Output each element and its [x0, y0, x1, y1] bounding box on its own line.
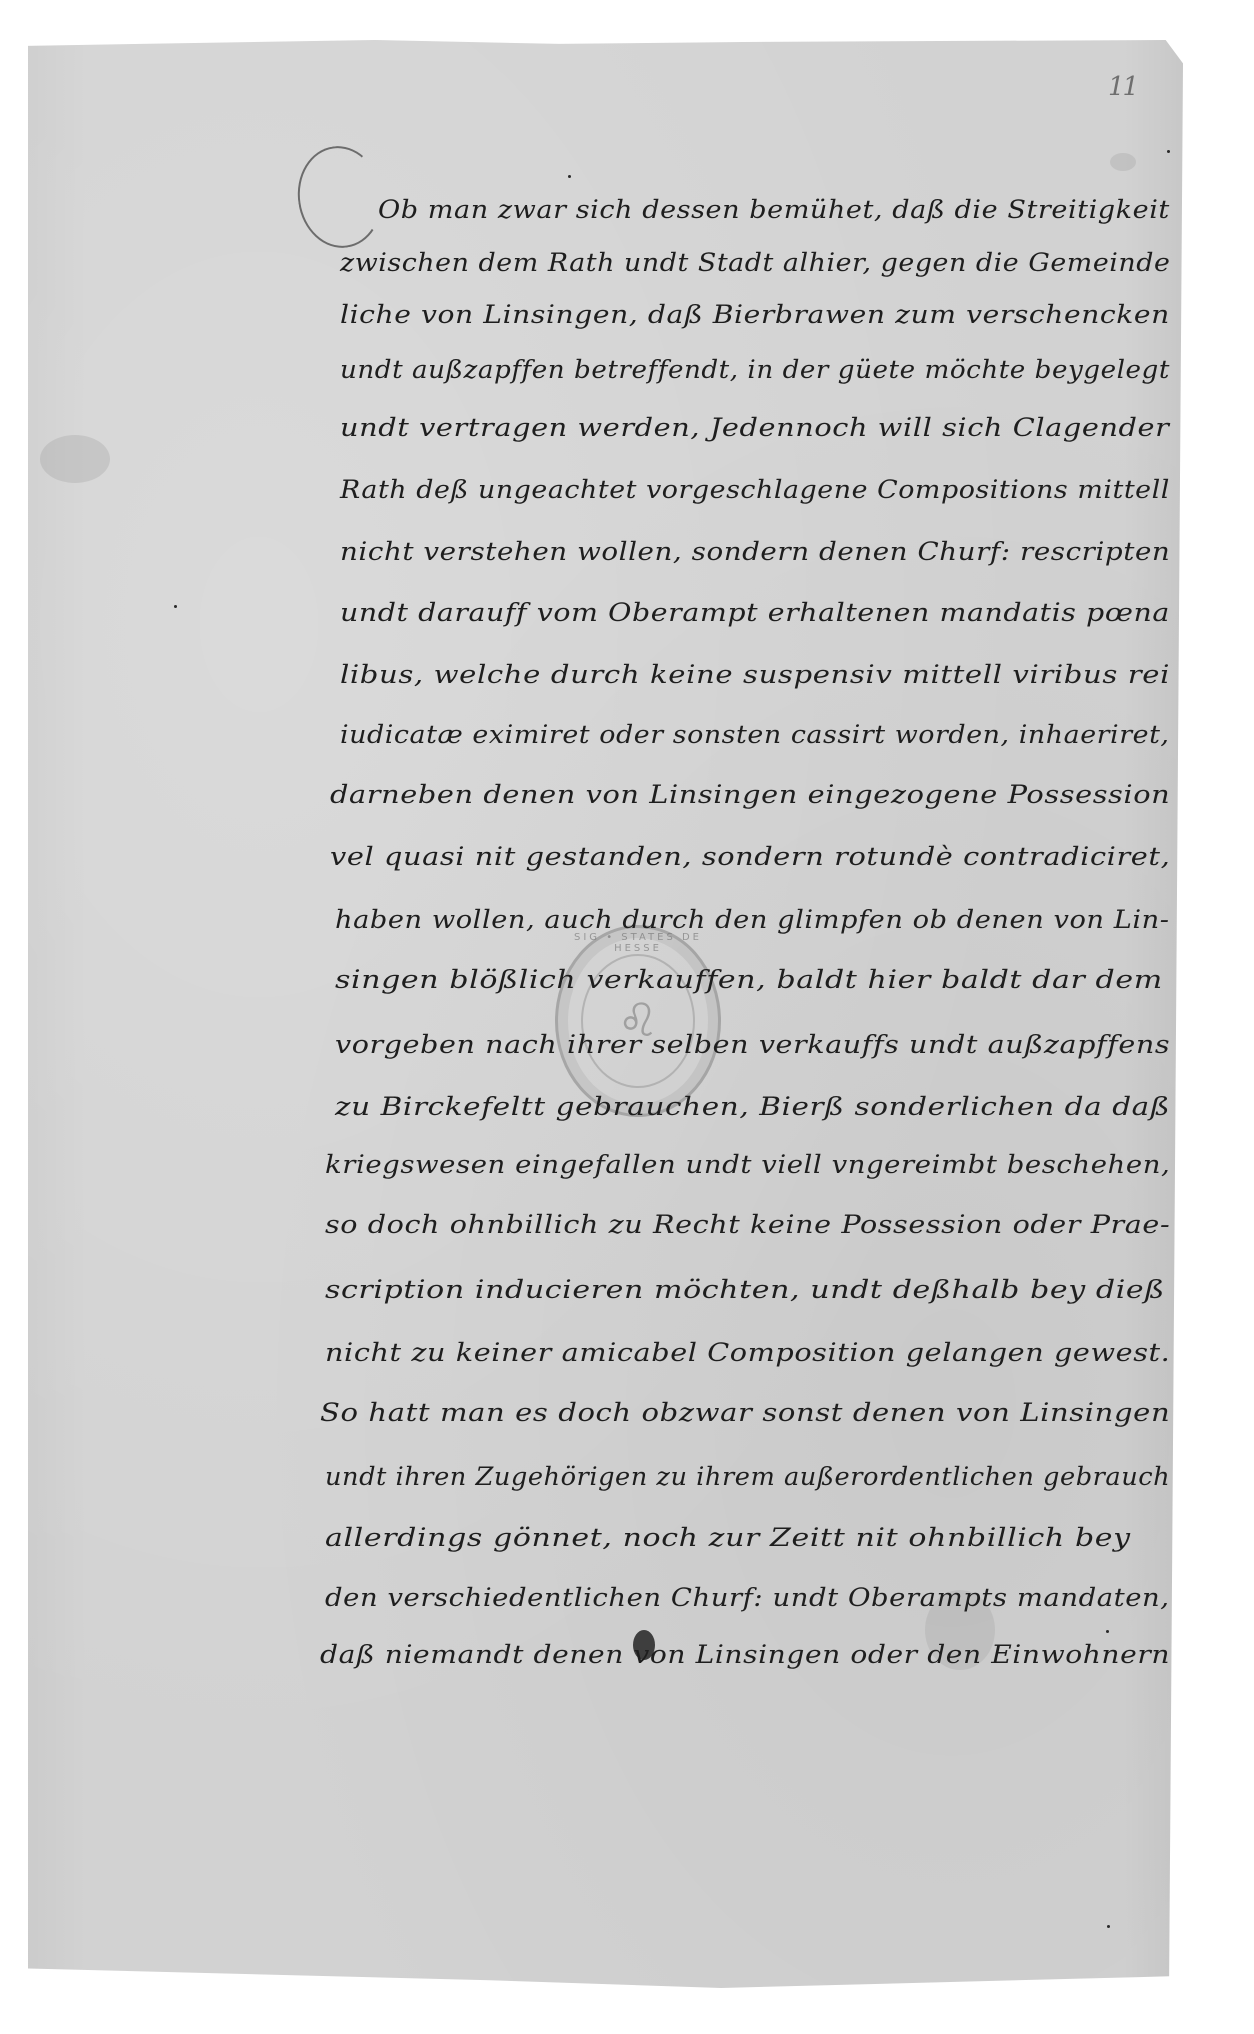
text-line: so doch ohnbillich zu Recht keine Posses… [325, 1210, 1170, 1239]
page-number: 11 [1108, 72, 1137, 102]
text-line: scription inducieren möchten, undt deßha… [325, 1275, 1165, 1304]
text-line: nicht verstehen wollen, sondern denen Ch… [340, 537, 1170, 566]
text-line: singen blößlich verkauffen, baldt hier b… [335, 965, 1163, 994]
text-line: vorgeben nach ihrer selben verkauffs und… [335, 1030, 1170, 1059]
ink-stain [40, 435, 110, 483]
text-line: undt ihren Zugehörigen zu ihrem außerord… [325, 1462, 1170, 1491]
smudge [1110, 153, 1136, 171]
text-line: undt darauff vom Oberampt erhaltenen man… [340, 598, 1170, 627]
text-line: Ob man zwar sich dessen bemühet, daß die… [378, 195, 1170, 224]
archive-seal-stamp: SIG • STATES DE HESSE ♌ [555, 925, 721, 1117]
text-line: undt außzapffen betreffendt, in der güet… [340, 355, 1170, 384]
speck [1167, 150, 1170, 153]
text-line: undt vertragen werden, Jedennoch will si… [340, 413, 1169, 442]
text-line: den verschiedentlichen Churf: undt Obera… [325, 1583, 1170, 1612]
text-line: liche von Linsingen, daß Bierbrawen zum … [340, 300, 1170, 329]
speck [568, 175, 571, 178]
speck [1106, 1630, 1109, 1633]
seal-legend: SIG • STATES DE HESSE [558, 932, 718, 954]
text-line: zu Birckefeltt gebrauchen, Bierß sonderl… [335, 1092, 1170, 1121]
text-line: allerdings gönnet, noch zur Zeitt nit oh… [325, 1523, 1131, 1552]
text-line: nicht zu keiner amicabel Composition gel… [325, 1338, 1170, 1367]
text-line: Rath deß ungeachtet vorgeschlagene Compo… [340, 475, 1170, 504]
text-line: iudicatæ eximiret oder sonsten cassirt w… [340, 720, 1170, 749]
text-line: zwischen dem Rath undt Stadt alhier, geg… [340, 248, 1170, 277]
text-line: kriegswesen eingefallen undt viell vnger… [325, 1150, 1170, 1179]
text-line: vel quasi nit gestanden, sondern rotundè… [330, 842, 1170, 871]
text-line: daß niemandt denen von Linsingen oder de… [320, 1640, 1170, 1669]
text-line: So hatt man es doch obzwar sonst denen v… [320, 1398, 1170, 1427]
speck [1107, 1925, 1110, 1928]
text-line: haben wollen, auch durch den glimpfen ob… [335, 905, 1169, 934]
text-line: libus, welche durch keine suspensiv mitt… [340, 660, 1170, 689]
speck [174, 605, 177, 608]
text-line: darneben denen von Linsingen eingezogene… [330, 780, 1170, 809]
